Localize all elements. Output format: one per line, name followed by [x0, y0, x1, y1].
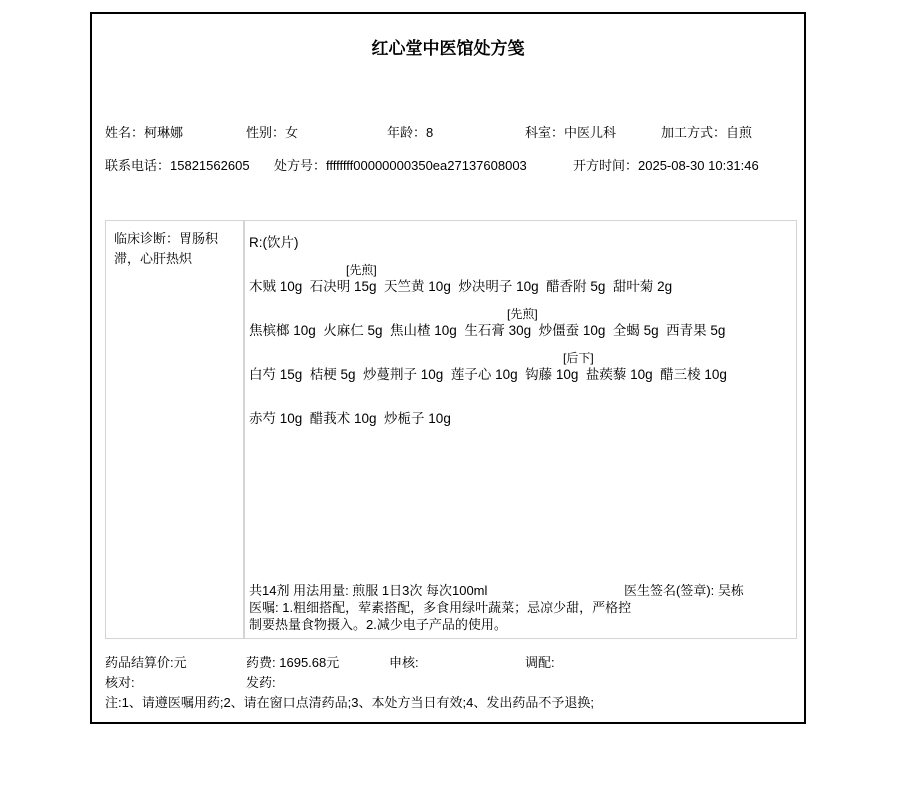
clinic-title: 红心堂中医馆处方笺 [92, 34, 804, 59]
processing-method-field: 加工方式：自煎 [661, 122, 752, 141]
footer-row-1: 药品结算价:元 药费: 1695.68元 申核: 调配: [92, 652, 804, 669]
usage-text: 共14剂 用法用量: 煎服 1日3次 每次100ml [249, 580, 487, 599]
patient-age-label: 年龄： [387, 125, 426, 140]
check-label: 核对: [105, 675, 135, 690]
rx-footer: 共14剂 用法用量: 煎服 1日3次 每次100ml 医生签名(签章): 吴栋 … [249, 580, 792, 633]
medicine-fee-field: 药费: 1695.68元 [246, 652, 339, 671]
patient-info-row-2: 联系电话：15821562605 处方号：ffffffff00000000350… [92, 155, 804, 172]
department-label: 科室： [525, 125, 564, 140]
processing-method-value: 自煎 [726, 125, 752, 140]
footer-row-3: 注:1、请遵医嘱用药;2、请在窗口点清药品;3、本处方当日有效;4、发出药品不予… [92, 692, 804, 709]
patient-gender-label: 性别： [246, 125, 285, 140]
prescription-sheet: 红心堂中医馆处方笺 姓名：柯琳娜 性别：女 年龄：8 科室：中医儿科 加工方式：… [90, 12, 806, 724]
settlement-price-label: 药品结算价: [105, 655, 174, 670]
issue-time-value: 2025-08-30 10:31:46 [638, 158, 759, 173]
phone-value: 15821562605 [170, 158, 250, 173]
dispense-field: 调配: [525, 652, 555, 671]
department-field: 科室：中医儿科 [525, 122, 616, 141]
footer-note: 注:1、请遵医嘱用药;2、请在窗口点清药品;3、本处方当日有效;4、发出药品不予… [105, 692, 594, 711]
settlement-price-field: 药品结算价:元 [105, 652, 187, 671]
medicine-fee-value: 1695.68元 [279, 655, 339, 670]
patient-gender-value: 女 [285, 125, 298, 140]
patient-name-field: 姓名：柯琳娜 [105, 122, 183, 141]
herb-line: 白芍 15g 桔梗 5g 炒蔓荆子 10g 莲子心 10g 钩藤 10g 盐蒺藜… [249, 366, 796, 383]
rx-number-field: 处方号：ffffffff00000000350ea27137608003 [274, 155, 527, 174]
dispense-label: 调配: [525, 655, 555, 670]
issue-time-field: 开方时间：2025-08-30 10:31:46 [573, 155, 759, 174]
herb-group-label [245, 393, 796, 408]
herb-group-label: [先煎] [245, 305, 796, 320]
check-field: 核对: [105, 672, 135, 691]
herb-groups: [先煎]木贼 10g 石决明 15g 天竺黄 10g 炒决明子 10g 醋香附 … [245, 261, 796, 427]
diagnosis-box: 临床诊断：胃肠积滞，心肝热炽 [105, 220, 244, 639]
phone-label: 联系电话： [105, 158, 170, 173]
doctor-advice: 医嘱: 1.粗细搭配，荤素搭配，多食用绿叶蔬菜；忌凉少甜，严格控制要热量食物摄入… [249, 599, 641, 633]
department-value: 中医儿科 [564, 125, 616, 140]
medicine-fee-label: 药费: [246, 655, 276, 670]
patient-name-value: 柯琳娜 [144, 125, 183, 140]
usage-row: 共14剂 用法用量: 煎服 1日3次 每次100ml 医生签名(签章): 吴栋 [249, 580, 792, 597]
processing-method-label: 加工方式： [661, 125, 726, 140]
herb-group-label: [先煎] [245, 261, 796, 276]
herb-line: 赤芍 10g 醋莪术 10g 炒栀子 10g [249, 410, 796, 427]
issue-time-label: 开方时间： [573, 158, 638, 173]
diagnosis-text: 临床诊断：胃肠积滞，心肝热炽 [114, 229, 224, 269]
issue-medicine-label: 发药: [246, 675, 276, 690]
herb-line: 焦槟榔 10g 火麻仁 5g 焦山楂 10g 生石膏 30g 炒僵蚕 10g 全… [249, 322, 796, 339]
review-field: 申核: [389, 652, 419, 671]
prescription-box: R:(饮片) [先煎]木贼 10g 石决明 15g 天竺黄 10g 炒决明子 1… [244, 220, 797, 639]
rx-form-header: R:(饮片) [249, 231, 796, 251]
rx-number-value: ffffffff00000000350ea27137608003 [326, 158, 527, 173]
patient-age-field: 年龄：8 [387, 122, 433, 141]
patient-info-row-1: 姓名：柯琳娜 性别：女 年龄：8 科室：中医儿科 加工方式：自煎 [92, 122, 804, 139]
doctor-signature: 医生签名(签章): 吴栋 [624, 580, 744, 599]
issue-medicine-field: 发药: [246, 672, 276, 691]
review-label: 申核: [389, 655, 419, 670]
herb-line: 木贼 10g 石决明 15g 天竺黄 10g 炒决明子 10g 醋香附 5g 甜… [249, 278, 796, 295]
settlement-price-value: 元 [174, 655, 187, 670]
rx-number-label: 处方号： [274, 158, 326, 173]
phone-field: 联系电话：15821562605 [105, 155, 250, 174]
patient-gender-field: 性别：女 [246, 122, 298, 141]
patient-age-value: 8 [426, 125, 433, 140]
patient-name-label: 姓名： [105, 125, 144, 140]
herb-group-label: [后下] [245, 349, 796, 364]
footer-row-2: 核对: 发药: [92, 672, 804, 689]
